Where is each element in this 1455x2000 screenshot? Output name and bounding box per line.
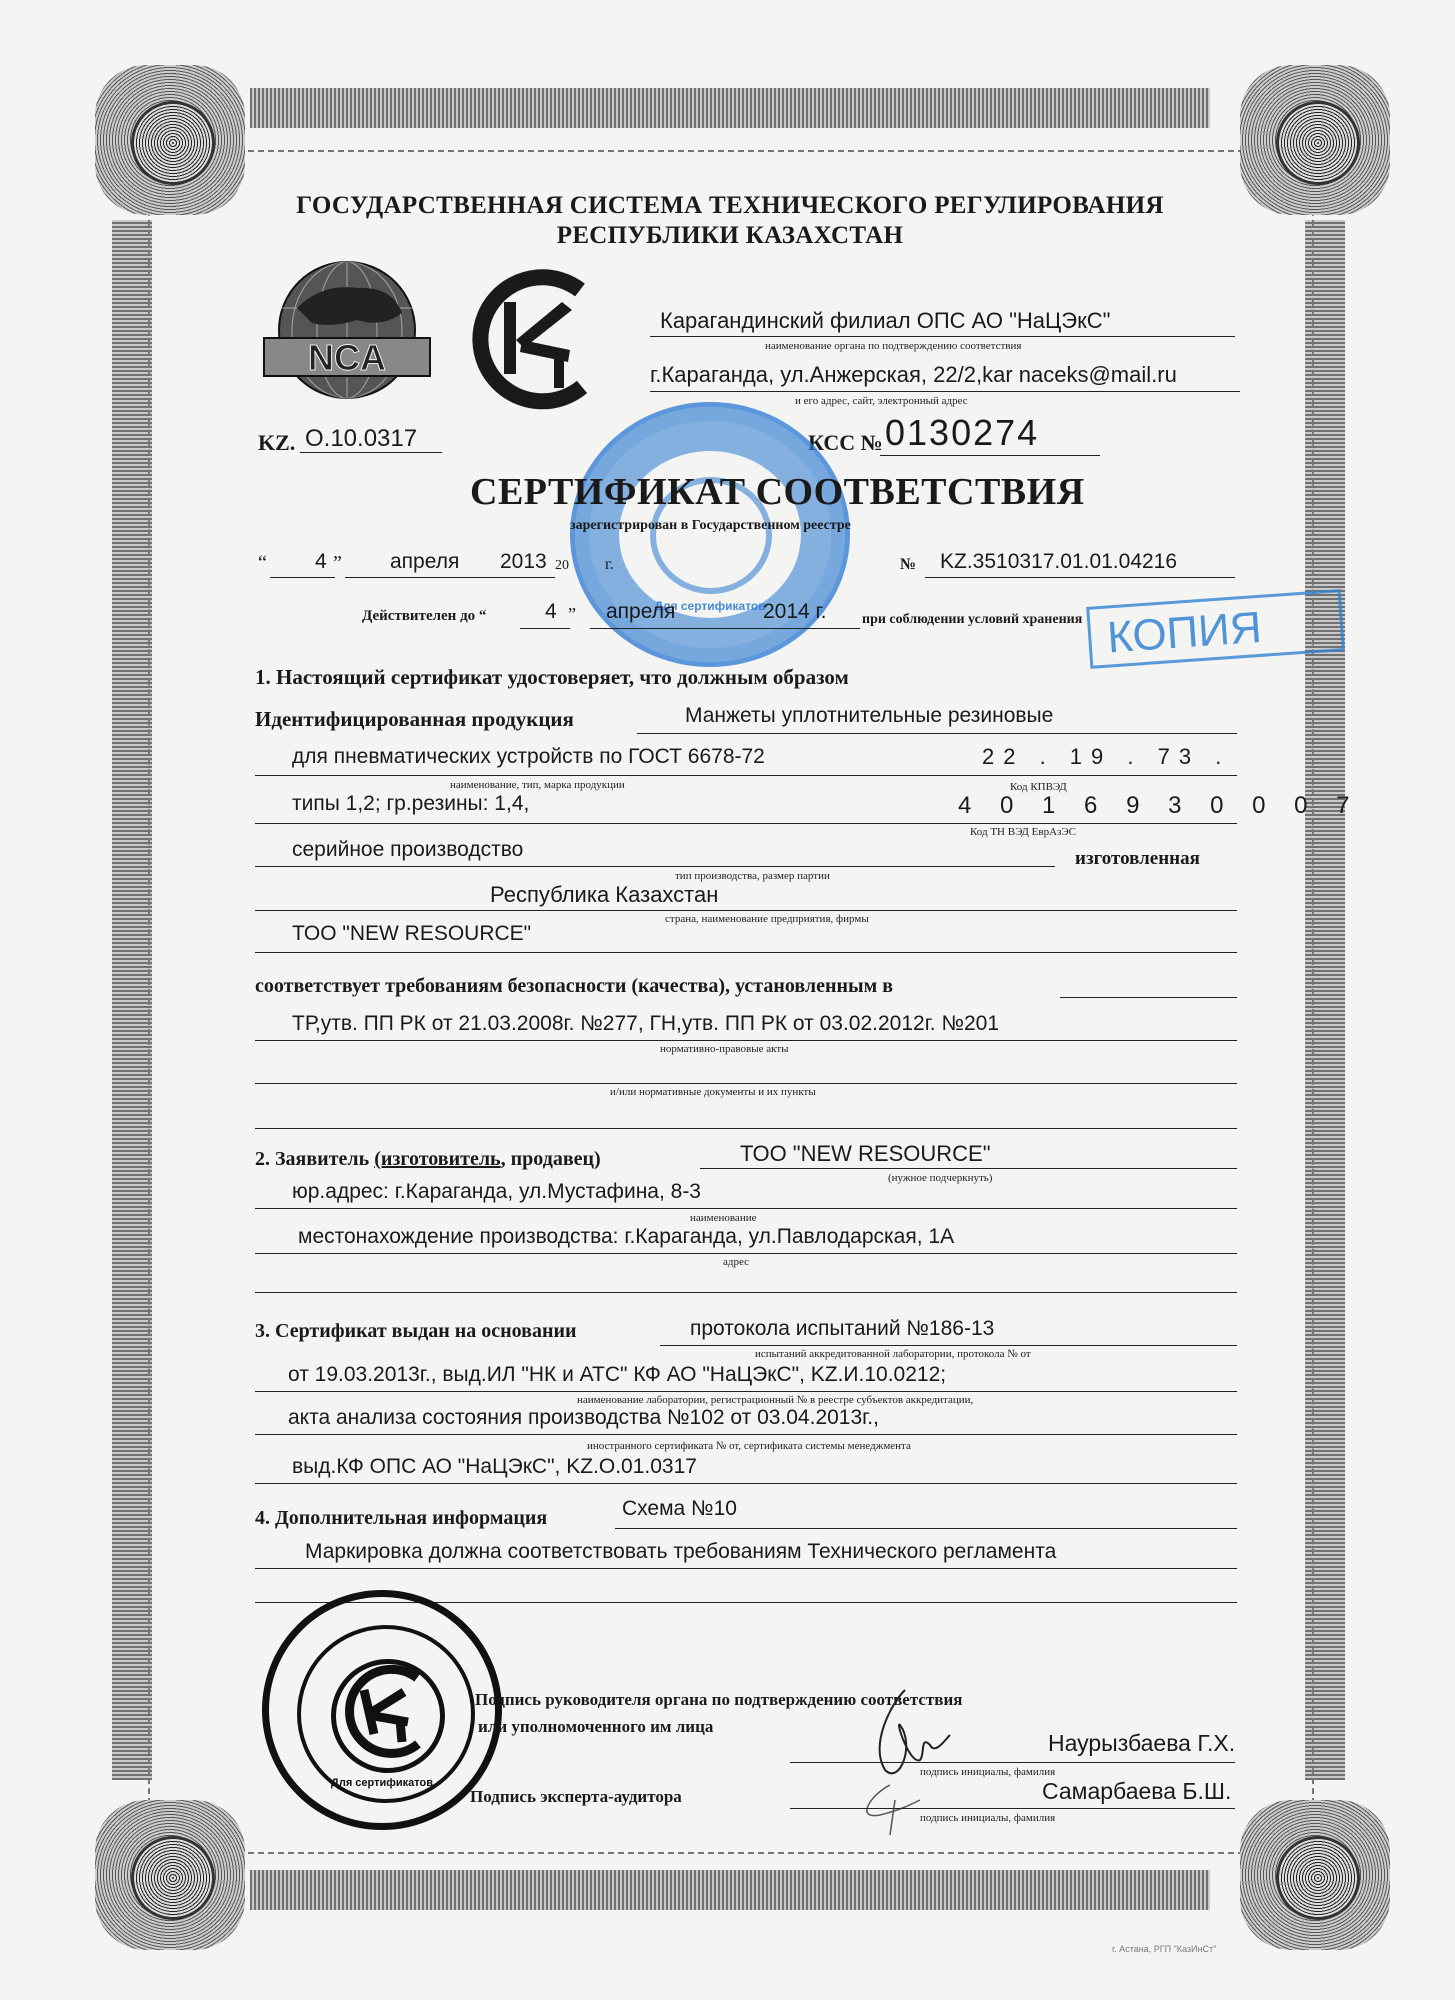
issued-by: выд.КФ ОПС АО "НаЦЭкС", KZ.O.01.0317 xyxy=(292,1455,697,1479)
section-2-heading: 2. Заявитель (изготовитель, продавец) xyxy=(255,1148,601,1171)
field-line xyxy=(255,1483,1237,1484)
expert-name: Самарбаева Б.Ш. xyxy=(1042,1778,1231,1805)
product-name-line-2: для пневматических устройств по ГОСТ 667… xyxy=(292,745,765,769)
validity-day: 4 xyxy=(545,600,557,624)
field-line xyxy=(255,1128,1237,1129)
product-label: Идентифицированная продукция xyxy=(255,707,574,732)
field-line xyxy=(1060,997,1237,998)
rosette-ornament-icon xyxy=(1240,1800,1390,1950)
regulations: ТР,утв. ПП РК от 21.03.2008г. №277, ГН,у… xyxy=(292,1012,999,1036)
section-4-heading: 4. Дополнительная информация xyxy=(255,1507,547,1530)
manufactured-label: изготовленная xyxy=(1075,848,1200,870)
expert-signature-icon xyxy=(850,1780,940,1840)
field-line xyxy=(520,628,570,629)
registration-number: KZ.3510317.01.01.04216 xyxy=(940,550,1177,574)
validity-label: Действителен до “ xyxy=(362,608,486,625)
caption: и его адрес, сайт, электронный адрес xyxy=(795,395,968,407)
certification-scheme: Схема №10 xyxy=(622,1497,737,1521)
production-type: серийное производство xyxy=(292,838,523,862)
guilloche-border-left xyxy=(112,220,152,1780)
caption: адрес xyxy=(723,1256,749,1268)
guilloche-border-bottom xyxy=(250,1870,1210,1910)
product-name-line-1: Манжеты уплотнительные резиновые xyxy=(685,704,1053,728)
number-label: № xyxy=(900,556,916,574)
field-line xyxy=(255,1040,1237,1041)
certification-body-name: Карагандинский филиал ОПС АО "НаЦЭкС" xyxy=(660,308,1110,334)
field-line xyxy=(255,823,1237,824)
section-1-heading: 1. Настоящий сертификат удостоверяет, чт… xyxy=(255,665,849,690)
tnved-code: 4 0 1 6 9 3 0 0 0 7 xyxy=(958,792,1361,820)
field-line xyxy=(255,1208,1237,1209)
kz-accreditation-number: O.10.0317 xyxy=(305,425,417,453)
certification-body-address: г.Караганда, ул.Анжерская, 22/2,kar nace… xyxy=(650,362,1177,388)
caption: подпись инициалы, фамилия xyxy=(920,1812,1055,1824)
rosette-ornament-icon xyxy=(1240,65,1390,215)
production-address: местонахождение производства: г.Караганд… xyxy=(298,1225,954,1249)
field-line xyxy=(255,775,1237,776)
head-signature-label-2: или уполномоченного им лица xyxy=(478,1717,713,1737)
quote-mark: ” xyxy=(568,604,576,625)
field-line xyxy=(255,952,1237,953)
field-line xyxy=(790,1762,1235,1763)
field-line xyxy=(790,1808,1235,1809)
heading-text: 2. Заявитель xyxy=(255,1148,374,1170)
section-3-heading: 3. Сертификат выдан на основании xyxy=(255,1320,577,1343)
kt-conformity-mark-icon xyxy=(462,262,602,412)
field-line xyxy=(300,452,442,453)
rosette-ornament-icon xyxy=(95,65,245,215)
registration-year: 2013 xyxy=(500,550,547,574)
caption: страна, наименование предприятия, фирмы xyxy=(665,913,869,925)
field-line xyxy=(270,577,335,578)
head-name: Наурызбаева Г.Х. xyxy=(1048,1730,1235,1757)
caption: (нужное подчеркнуть) xyxy=(888,1172,992,1184)
registration-day: 4 xyxy=(315,550,327,574)
quote-mark: “ xyxy=(258,552,267,575)
year-prefix: 20 xyxy=(555,558,569,574)
expert-signature-label: Подпись эксперта-аудитора xyxy=(470,1787,682,1807)
caption: испытаний аккредитованной лаборатории, п… xyxy=(755,1348,1031,1360)
applicant-name: ТОО "NEW RESOURCE" xyxy=(740,1141,991,1167)
country-of-origin: Республика Казахстан xyxy=(490,882,718,908)
field-line xyxy=(660,1345,1237,1346)
field-line xyxy=(255,910,1237,911)
caption: Код ТН ВЭД ЕврАзЭС xyxy=(970,826,1076,838)
field-line xyxy=(255,866,1055,867)
field-line xyxy=(255,1292,1237,1293)
nca-globe-logo-icon: NCA xyxy=(262,258,432,408)
validity-year: 2014 г. xyxy=(763,600,826,624)
kpved-code: 22 . 19 . 73 . xyxy=(982,744,1230,770)
field-line xyxy=(650,336,1235,337)
field-line xyxy=(345,577,555,578)
caption: наименование органа по подтверждению соо… xyxy=(765,340,1021,352)
manufacturer-company: ТОО "NEW RESOURCE" xyxy=(292,922,531,946)
quote-mark: ” xyxy=(333,552,342,575)
header-line-1: ГОСУДАРСТВЕННАЯ СИСТЕМА ТЕХНИЧЕСКОГО РЕГ… xyxy=(230,192,1230,220)
caption: наименование лаборатории, регистрационны… xyxy=(577,1394,973,1406)
caption: и/или нормативные документы и их пункты xyxy=(610,1086,816,1098)
kz-label: KZ. xyxy=(258,430,295,456)
rosette-ornament-icon xyxy=(95,1800,245,1950)
legal-address: юр.адрес: г.Караганда, ул.Мустафина, 8-3 xyxy=(292,1180,701,1204)
field-line xyxy=(615,1528,1237,1529)
guilloche-border-top xyxy=(250,88,1210,128)
production-analysis-act: акта анализа состояния производства №102… xyxy=(288,1406,879,1430)
caption: нормативно-правовые акты xyxy=(660,1043,789,1055)
underlined-option: (изготовитель xyxy=(374,1148,500,1170)
field-line xyxy=(925,577,1235,578)
caption: иностранного сертификата № от, сертифика… xyxy=(587,1440,911,1452)
field-line xyxy=(255,1568,1237,1569)
svg-text:NCA: NCA xyxy=(308,337,386,378)
caption: наименование xyxy=(690,1212,756,1224)
caption: тип производства, размер партии xyxy=(675,870,830,882)
year-suffix: г. xyxy=(605,556,614,574)
validity-month: апреля xyxy=(606,600,675,624)
certificate-subtitle: зарегистрирован в Государственном реестр… xyxy=(570,518,851,534)
caption: подпись инициалы, фамилия xyxy=(920,1766,1055,1778)
field-line xyxy=(650,391,1240,392)
field-line xyxy=(255,1083,1237,1084)
seal-kt-mark-icon xyxy=(322,1650,442,1770)
field-line xyxy=(880,455,1100,456)
field-line xyxy=(255,1391,1237,1392)
compliance-label: соответствует требованиям безопасности (… xyxy=(255,975,893,998)
printer-note: г. Астана, РГП "КазИнСт" xyxy=(1112,1944,1216,1954)
certificate-title: СЕРТИФИКАТ СООТВЕТСТВИЯ xyxy=(470,470,1085,514)
field-line xyxy=(255,1253,1237,1254)
certificate-page: ГОСУДАРСТВЕННАЯ СИСТЕМА ТЕХНИЧЕСКОГО РЕГ… xyxy=(0,0,1455,2000)
heading-text: , продавец) xyxy=(501,1148,601,1170)
field-line xyxy=(255,1434,1237,1435)
registration-month: апреля xyxy=(390,550,459,574)
field-line xyxy=(590,628,860,629)
field-line xyxy=(637,733,1237,734)
product-types: типы 1,2; гр.резины: 1,4, xyxy=(292,792,529,816)
test-protocol: протокола испытаний №186-13 xyxy=(690,1317,994,1341)
header-line-2: РЕСПУБЛИКИ КАЗАХСТАН xyxy=(230,222,1230,250)
kss-number: 0130274 xyxy=(885,412,1039,454)
caption: наименование, тип, марка продукции xyxy=(450,779,625,791)
marking-requirement: Маркировка должна соответствовать требов… xyxy=(305,1540,1056,1564)
test-lab-info: от 19.03.2013г., выд.ИЛ "НК и АТС" КФ АО… xyxy=(288,1363,946,1387)
validity-condition: при соблюдении условий хранения xyxy=(862,612,1082,628)
field-line xyxy=(700,1168,1237,1169)
